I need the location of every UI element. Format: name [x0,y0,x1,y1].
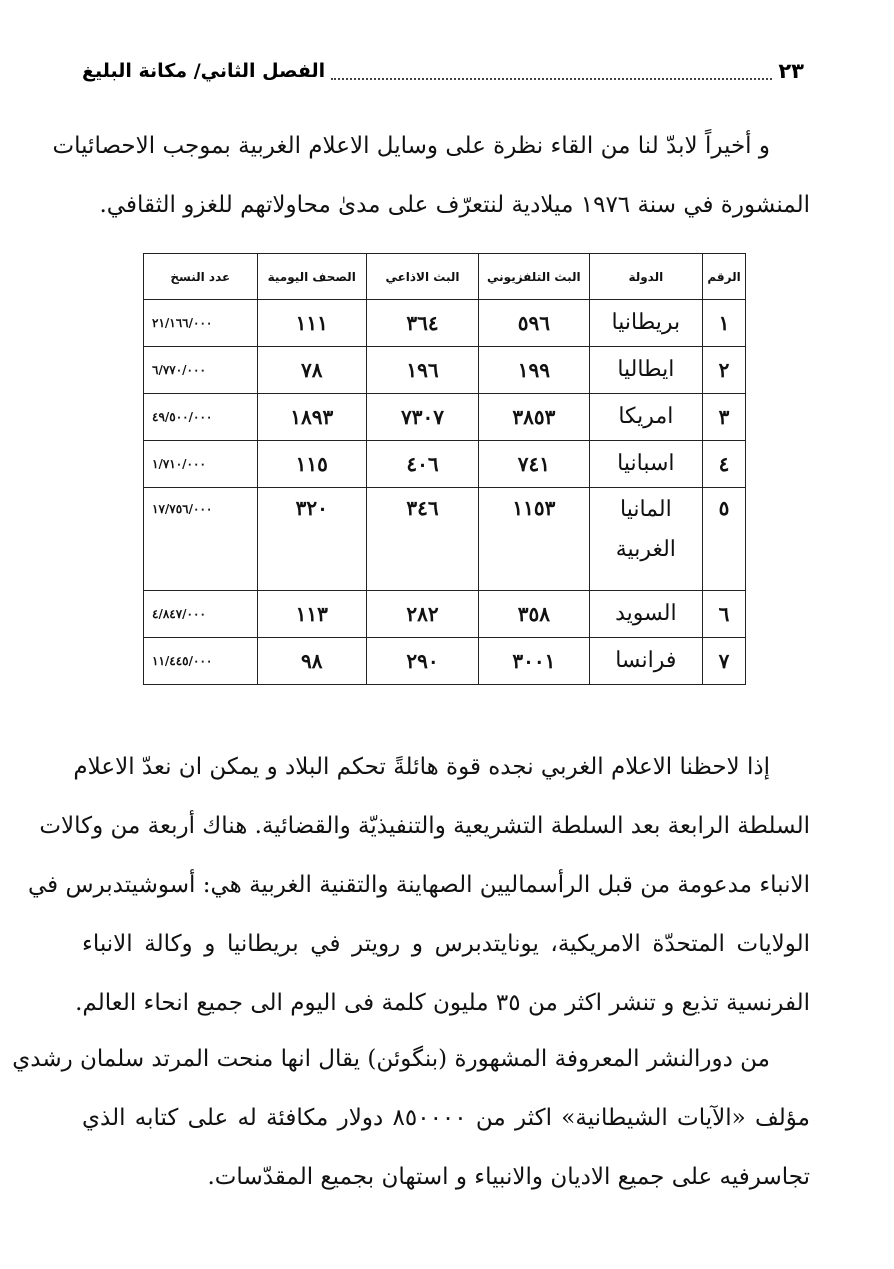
cell-copies: ١٧/٧٥٦/٠٠٠ [144,488,258,591]
cell-country: اسبانيا [589,441,703,488]
media-statistics-table: الرقم الدولة البث التلفزيوني البث الاذاع… [143,253,746,685]
cell-radio: ٧٣٠٧ [366,394,478,441]
table-row: ٢ ايطاليا ١٩٩ ١٩٦ ٧٨ ٦/٧٧٠/٠٠٠ [144,347,746,394]
cell-copies: ٤٩/٥٠٠/٠٠٠ [144,394,258,441]
cell-copies: ١/٧١٠/٠٠٠ [144,441,258,488]
paragraph-line: الولايات المتحدّة الامريكية، يونايتدبرس … [82,915,810,974]
header-number: الرقم [703,254,746,300]
table-row: ٤ اسبانيا ٧٤١ ٤٠٦ ١١٥ ١/٧١٠/٠٠٠ [144,441,746,488]
cell-number: ٢ [703,347,746,394]
cell-papers: ٩٨ [257,638,366,685]
cell-number: ٣ [703,394,746,441]
cell-country: امريكا [589,394,703,441]
header-copies: عدد النسخ [144,254,258,300]
cell-tv: ٥٩٦ [479,300,589,347]
paragraph-line: السلطة الرابعة بعد السلطة التشريعية والت… [82,797,810,856]
paragraph-line: من دورالنشر المعروفة المشهورة (بنگوئن) ي… [82,1030,810,1089]
chapter-title: الفصل الثاني/ مكانة البليغ [82,60,325,82]
cell-radio: ٣٤٦ [366,488,478,591]
header-country: الدولة [589,254,703,300]
cell-papers: ١١٥ [257,441,366,488]
cell-radio: ٤٠٦ [366,441,478,488]
cell-tv: ٣٠٠١ [479,638,589,685]
cell-papers: ١١٣ [257,591,366,638]
cell-country: فرانسا [589,638,703,685]
paragraph-line: الفرنسية تذيع و تنشر اكثر من ٣٥ مليون كل… [82,974,810,1033]
table-row: ٥ المانيا الغربية ١١٥٣ ٣٤٦ ٣٢٠ ١٧/٧٥٦/٠٠… [144,488,746,591]
header-tv: البث التلفزيوني [479,254,589,300]
header-papers: الصحف اليومية [257,254,366,300]
header-radio: البث الاذاعي [366,254,478,300]
leader-dots [331,62,772,80]
cell-number: ٦ [703,591,746,638]
page-number: ٢٣ [778,59,804,83]
table-row: ٣ امريكا ٣٨٥٣ ٧٣٠٧ ١٨٩٣ ٤٩/٥٠٠/٠٠٠ [144,394,746,441]
cell-radio: ١٩٦ [366,347,478,394]
cell-copies: ١١/٤٤٥/٠٠٠ [144,638,258,685]
table-row: ٦ السويد ٣٥٨ ٢٨٢ ١١٣ ٤/٨٤٧/٠٠٠ [144,591,746,638]
paragraph-line: مؤلف «الآيات الشيطانية» اكثر من ٨٥٠٠٠٠ د… [82,1089,810,1148]
cell-tv: ٣٥٨ [479,591,589,638]
cell-papers: ١١١ [257,300,366,347]
cell-radio: ٣٦٤ [366,300,478,347]
table-header-row: الرقم الدولة البث التلفزيوني البث الاذاع… [144,254,746,300]
cell-radio: ٢٨٢ [366,591,478,638]
cell-tv: ٣٨٥٣ [479,394,589,441]
cell-tv: ٧٤١ [479,441,589,488]
cell-copies: ٢١/١٦٦/٠٠٠ [144,300,258,347]
cell-number: ٥ [703,488,746,591]
body-paragraph-1: إذا لاحظنا الاعلام الغربي نجده قوة هائلة… [82,738,810,1033]
body-paragraph-2: من دورالنشر المعروفة المشهورة (بنگوئن) ي… [82,1030,810,1207]
book-page: الفصل الثاني/ مكانة البليغ ٢٣ و أخيراً ل… [0,0,894,1269]
cell-tv: ١١٥٣ [479,488,589,591]
cell-radio: ٢٩٠ [366,638,478,685]
cell-country: بريطانيا [589,300,703,347]
table-row: ٧ فرانسا ٣٠٠١ ٢٩٠ ٩٨ ١١/٤٤٥/٠٠٠ [144,638,746,685]
cell-number: ٧ [703,638,746,685]
cell-number: ٤ [703,441,746,488]
cell-number: ١ [703,300,746,347]
cell-papers: ١٨٩٣ [257,394,366,441]
paragraph-line: إذا لاحظنا الاعلام الغربي نجده قوة هائلة… [82,738,810,797]
paragraph-line: المنشورة في سنة ١٩٧٦ ميلادية لنتعرّف على… [82,176,810,235]
table-row: ١ بريطانيا ٥٩٦ ٣٦٤ ١١١ ٢١/١٦٦/٠٠٠ [144,300,746,347]
cell-tv: ١٩٩ [479,347,589,394]
intro-paragraph: و أخيراً لابدّ لنا من القاء نظرة على وسا… [82,117,810,235]
cell-papers: ٧٨ [257,347,366,394]
cell-copies: ٤/٨٤٧/٠٠٠ [144,591,258,638]
cell-country: ايطاليا [589,347,703,394]
paragraph-line: و أخيراً لابدّ لنا من القاء نظرة على وسا… [82,117,810,176]
cell-country: المانيا الغربية [589,488,703,591]
cell-papers: ٣٢٠ [257,488,366,591]
cell-copies: ٦/٧٧٠/٠٠٠ [144,347,258,394]
paragraph-line: الانباء مدعومة من قبل الرأسماليين الصهاي… [82,856,810,915]
running-header: الفصل الثاني/ مكانة البليغ ٢٣ [82,55,804,87]
paragraph-line: تجاسرفيه على جميع الاديان والانبياء و اس… [82,1148,810,1207]
cell-country: السويد [589,591,703,638]
